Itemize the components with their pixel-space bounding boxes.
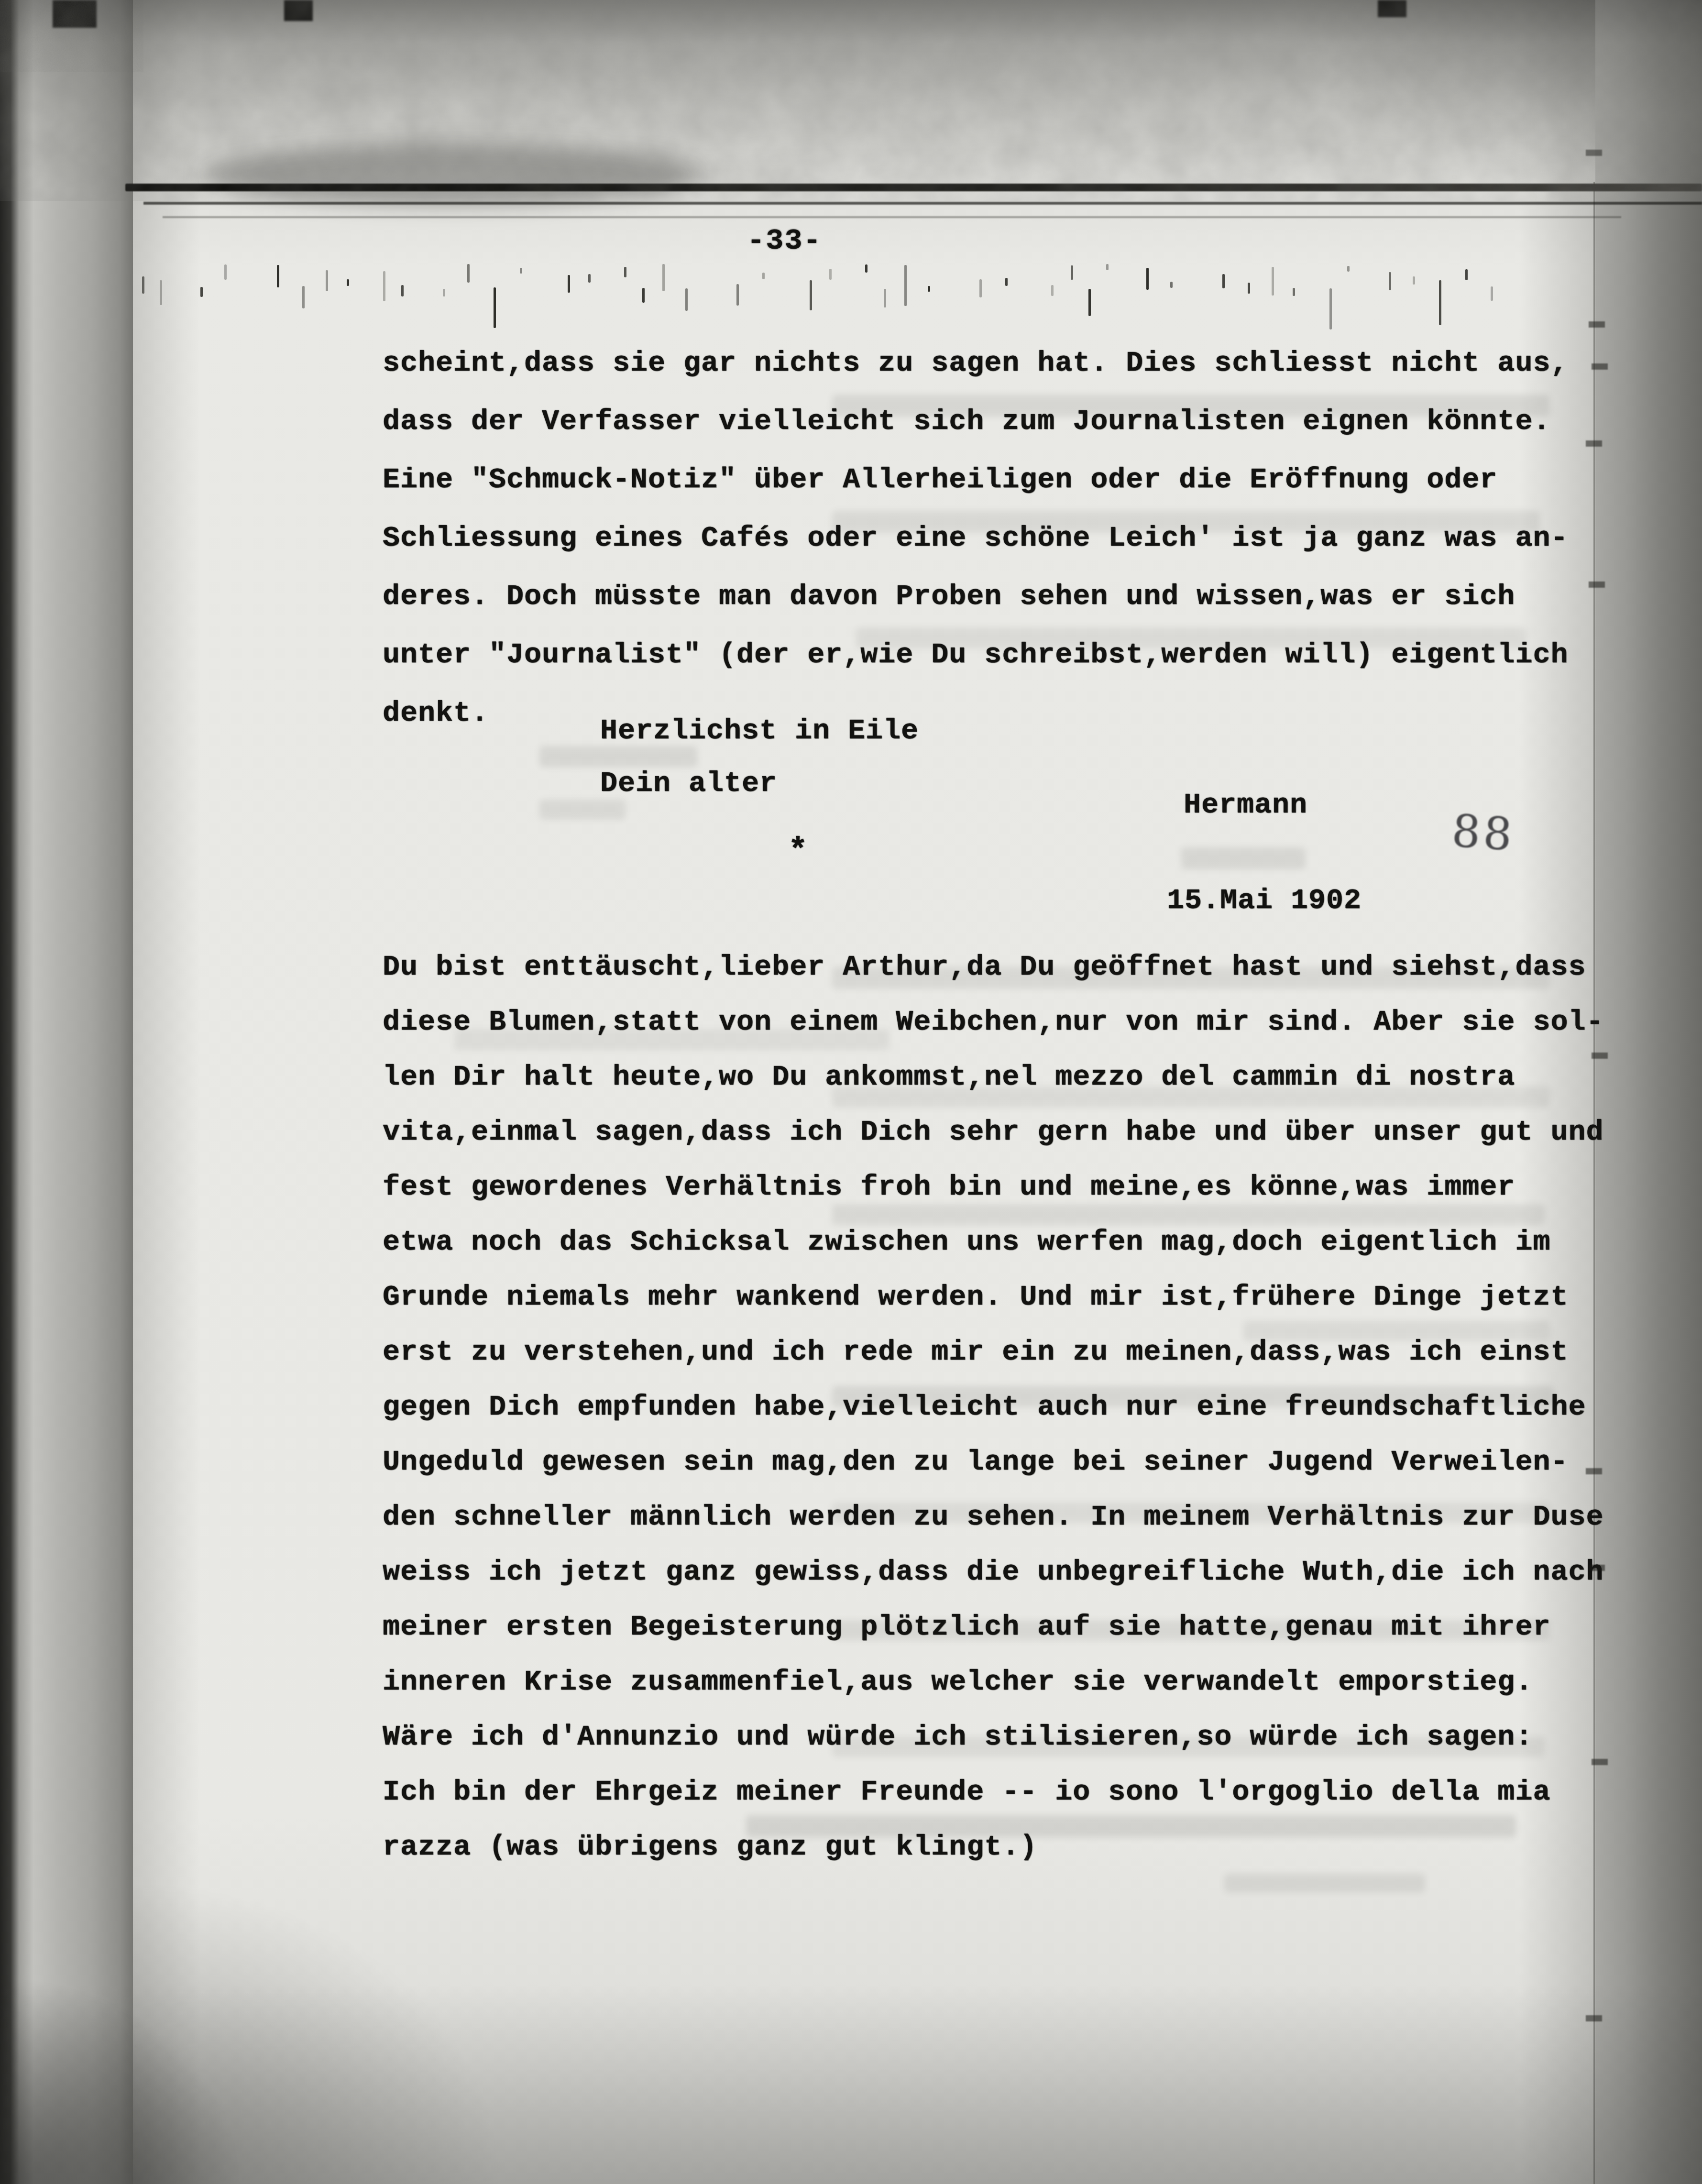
film-mark [284,0,313,21]
film-left-edge [0,0,133,2184]
typed-line: Eine "Schmuck-Notiz" über Allerheiligen … [383,451,1568,509]
page-number: -33- [747,224,822,258]
closing-herzlichst: Herzlichst in Eile [600,715,919,747]
typed-line: scheint,dass sie gar nichts zu sagen hat… [383,334,1568,393]
page-top-rule-thin [143,202,1702,205]
typed-line: dass der Verfasser vielleicht sich zum J… [383,393,1568,451]
page-top-rule [125,184,1702,191]
typed-line: fest gewordenes Verhältnis froh bin und … [383,1160,1603,1215]
typed-line: Du bist enttäuscht,lieber Arthur,da Du g… [383,940,1603,995]
registration-tick-marks [136,264,1523,317]
typed-line: erst zu verstehen,und ich rede mir ein z… [383,1325,1603,1380]
typed-line: Ich bin der Ehrgeiz meiner Freunde -- io… [383,1765,1603,1820]
letter1-body: scheint,dass sie gar nichts zu sagen hat… [383,334,1568,743]
separator-asterisk: * [788,833,808,870]
typed-line: weiss ich jetzt ganz gewiss,dass die unb… [383,1545,1603,1600]
typed-line: meiner ersten Begeisterung plötzlich auf… [383,1600,1603,1655]
typed-line: unter "Journalist" (der er,wie Du schrei… [383,626,1568,684]
typed-line: inneren Krise zusammenfiel,aus welcher s… [383,1655,1603,1710]
film-mark [53,0,97,28]
film-mark [1378,0,1406,17]
typed-line: denkt. [383,684,1568,743]
typed-line: razza (was übrigens ganz gut klingt.) [383,1820,1603,1875]
typed-line: Schliessung eines Cafés oder eine schöne… [383,509,1568,568]
closing-dein-alter: Dein alter [600,768,777,800]
typed-line: vita,einmal sagen,dass ich Dich sehr ger… [383,1105,1603,1160]
page-top-rule-faint [163,216,1621,218]
typed-line: len Dir halt heute,wo Du ankommst,nel me… [383,1050,1603,1105]
letter2-date: 15.Mai 1902 [1167,885,1362,917]
letter2-body: Du bist enttäuscht,lieber Arthur,da Du g… [383,940,1603,1875]
typed-line: etwa noch das Schicksal zwischen uns wer… [383,1215,1603,1270]
typed-line: diese Blumen,statt von einem Weibchen,nu… [383,995,1603,1050]
handwritten-archive-number: 88 [1450,805,1516,862]
typed-line: Ungeduld gewesen sein mag,den zu lange b… [383,1435,1603,1490]
typed-line: deres. Doch müsste man davon Proben sehe… [383,568,1568,626]
typed-line: Grunde niemals mehr wankend werden. Und … [383,1270,1603,1325]
shadow-smudge [201,143,703,206]
microfilm-photo: -33- scheint,dass sie gar nichts zu sage… [0,0,1702,2184]
typed-line: den schneller männlich werden zu sehen. … [383,1490,1603,1545]
film-right-edge [1595,0,1702,2184]
typed-line: Wäre ich d'Annunzio und würde ich stilis… [383,1710,1603,1765]
signature-hermann: Hermann [1184,789,1307,822]
typed-line: gegen Dich empfunden habe,vielleicht auc… [383,1380,1603,1435]
